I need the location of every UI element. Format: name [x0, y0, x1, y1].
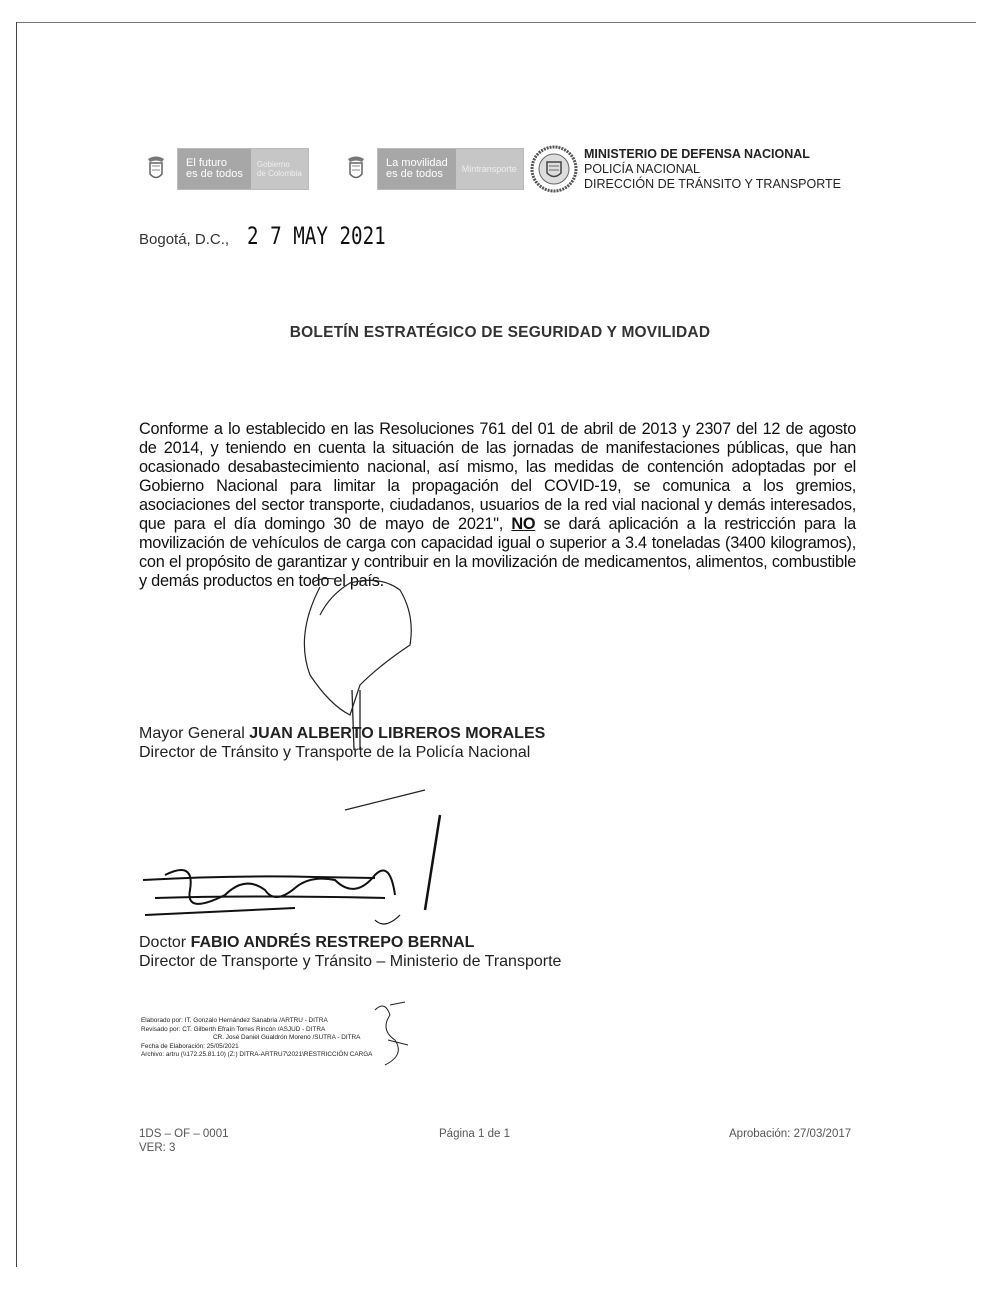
- body-paragraph: Conforme a lo establecido en las Resoluc…: [139, 420, 856, 591]
- prepared-by-block: Elaborado por: IT. Gonzalo Hernández San…: [141, 1017, 372, 1060]
- colombia-crest-icon: [145, 154, 167, 184]
- body-emphasis-no: NO: [511, 515, 535, 533]
- police-seal-icon: [530, 145, 578, 193]
- logo1-sub1: Gobierno: [257, 160, 302, 169]
- scan-border-left: [16, 22, 17, 1267]
- logo-gobierno-colombia: El futuroes de todos Gobiernode Colombia: [145, 148, 309, 190]
- city-label: Bogotá, D.C.,: [139, 231, 229, 248]
- signer-1: Mayor General JUAN ALBERTO LIBREROS MORA…: [139, 724, 545, 762]
- prepared-elaborado: Elaborado por: IT. Gonzalo Hernández San…: [141, 1017, 372, 1026]
- prepared-fecha: Fecha de Elaboración: 25/05/2021: [141, 1043, 372, 1052]
- banner-el-futuro: El futuroes de todos Gobiernode Colombia: [177, 148, 309, 190]
- institution-line3: DIRECCIÓN DE TRÁNSITO Y TRANSPORTE: [584, 177, 841, 192]
- signer-2-role: Director de Transporte y Tránsito – Mini…: [139, 952, 561, 971]
- footer-page-number: Página 1 de 1: [439, 1127, 510, 1141]
- footer-approval-date: Aprobación: 27/03/2017: [729, 1127, 851, 1141]
- signer-2-name: FABIO ANDRÉS RESTREPO BERNAL: [191, 934, 475, 951]
- footer-document-code: 1DS – OF – 0001: [139, 1127, 229, 1141]
- institution-header: MINISTERIO DE DEFENSA NACIONAL POLICÍA N…: [530, 145, 841, 193]
- institution-line2: POLICÍA NACIONAL: [584, 162, 841, 177]
- signer-2: Doctor FABIO ANDRÉS RESTREPO BERNAL Dire…: [139, 933, 561, 971]
- scan-border-top: [16, 22, 976, 23]
- banner-la-movilidad: La movilidades de todos Mintransporte: [377, 148, 524, 190]
- date-line: Bogotá, D.C., 2 7 MAY 2021: [139, 222, 420, 250]
- signer-1-role: Director de Tránsito y Transporte de la …: [139, 743, 545, 762]
- footer-version: VER: 3: [139, 1141, 229, 1155]
- date-stamp: 2 7 MAY 2021: [247, 222, 386, 250]
- footer-code: 1DS – OF – 0001 VER: 3: [139, 1127, 229, 1155]
- signature-2-icon: [135, 780, 465, 940]
- prepared-archivo: Archivo: artru (\\172.25.81.10) (Z:) DIT…: [141, 1051, 372, 1060]
- document-title: BOLETÍN ESTRATÉGICO DE SEGURIDAD Y MOVIL…: [0, 324, 1000, 342]
- logo1-line2: es de todos: [186, 169, 243, 180]
- logo2-line2: es de todos: [386, 169, 448, 180]
- prepared-revisado-1: Revisado por: CT. Gilberth Efraín Torres…: [141, 1026, 372, 1035]
- signer-1-name: JUAN ALBERTO LIBREROS MORALES: [249, 725, 545, 742]
- colombia-crest-icon: [345, 154, 367, 184]
- signer-2-rank: Doctor: [139, 934, 191, 951]
- institution-line1: MINISTERIO DE DEFENSA NACIONAL: [584, 147, 841, 162]
- logo2-sub: Mintransporte: [462, 164, 517, 174]
- logo-mintransporte: La movilidades de todos Mintransporte: [345, 148, 524, 190]
- prepared-revisado-2: CR. José Daniel Gualdrón Moreno /SUTRA -…: [141, 1034, 372, 1043]
- signer-1-rank: Mayor General: [139, 725, 249, 742]
- logo1-sub2: de Colombia: [257, 169, 302, 178]
